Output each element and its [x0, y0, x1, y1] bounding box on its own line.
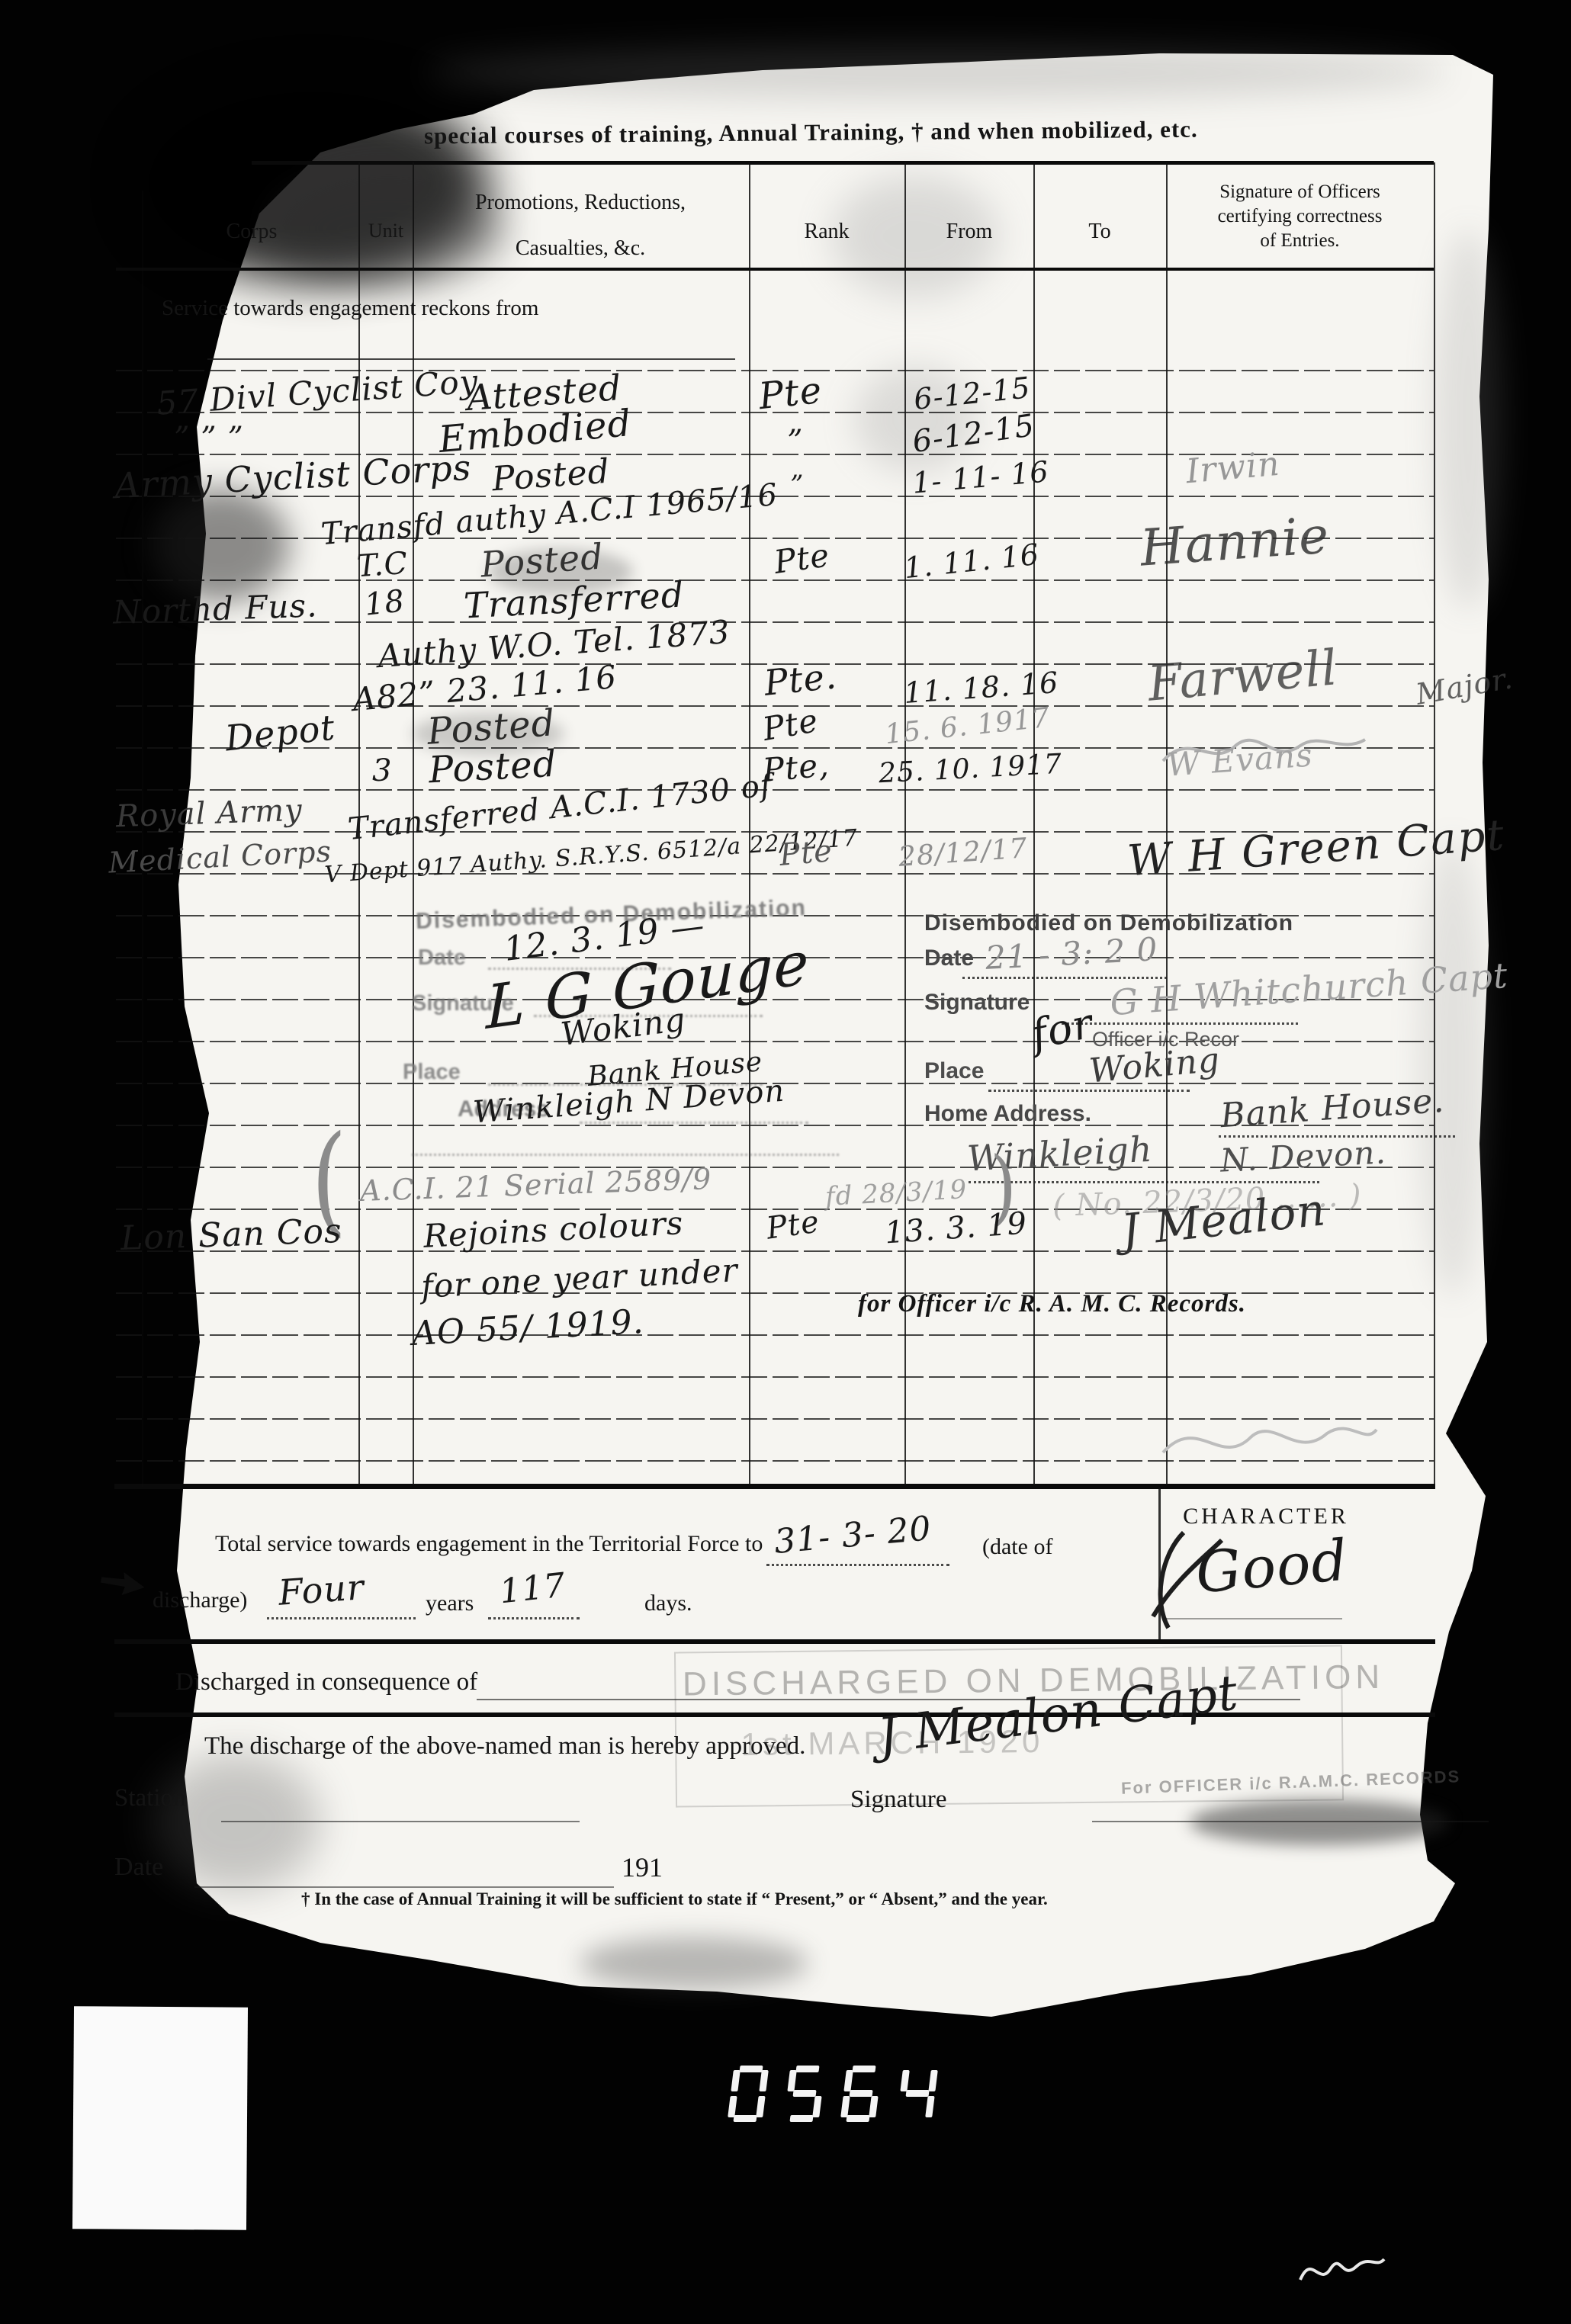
col-header-corps: Corps — [194, 220, 309, 244]
row-unit: 3 — [372, 753, 392, 788]
total-service-line: Total service towards engagement in the … — [215, 1531, 763, 1557]
ghost-stamp-place-label: Place — [403, 1060, 461, 1085]
row-signature: Irwin — [1184, 445, 1281, 492]
row-rank: Pte. — [762, 655, 838, 704]
divider-thick-1 — [114, 1639, 1435, 1644]
service-note-underline — [207, 358, 735, 360]
col-header-promotions-1: Promotions, Reductions, — [413, 191, 748, 215]
character-value: Good — [1194, 1527, 1351, 1606]
stamp-place-label: Place — [924, 1058, 984, 1084]
date-label: Date — [114, 1853, 163, 1882]
frame-serial-number — [731, 2066, 959, 2122]
col-header-signature-2: certifying correctness — [1166, 206, 1434, 227]
pen-squiggle-mark — [1296, 2245, 1388, 2299]
col-header-signature-3: of Entries. — [1166, 230, 1434, 252]
stamp-date-label: Date — [924, 945, 974, 971]
col-header-unit: Unit — [358, 220, 413, 242]
stamp-signature-label: Signature — [924, 990, 1030, 1016]
signature-label: Signature — [850, 1786, 946, 1814]
scanned-service-record: special courses of training, Annual Trai… — [0, 0, 1571, 2324]
col-header-to: To — [1033, 220, 1166, 244]
film-marker-rectangle — [72, 2006, 248, 2230]
col-header-rank: Rank — [749, 220, 904, 244]
faint-signature-scribble-2 — [1159, 1407, 1380, 1475]
row-rank: ” — [790, 470, 804, 500]
ghost-stamp-date-label: Date — [418, 945, 466, 971]
col-header-promotions-2: Casualties, &c. — [413, 236, 748, 261]
total-service-suffix: (date of — [982, 1534, 1052, 1560]
table-header-border — [116, 268, 1434, 271]
approved-line: The discharge of the above-named man is … — [204, 1732, 805, 1761]
rejoin-rank: Pte — [764, 1204, 821, 1246]
row-corps: Royal Army — [115, 793, 303, 835]
row-entry: Posted — [428, 743, 558, 792]
row-unit: T.C — [355, 546, 409, 585]
row-unit: 18 — [363, 583, 406, 622]
years-label: years — [426, 1591, 474, 1616]
service-note: Service towards engagement reckons from — [162, 296, 538, 321]
row-rank: ” — [787, 424, 803, 459]
days-value: 117 — [498, 1566, 568, 1612]
station-label: Station — [114, 1784, 186, 1812]
row-rank: Pte — [757, 369, 824, 418]
table-top-border — [252, 161, 1434, 165]
ramc-records-line: for Officer i/c R. A. M. C. Records. — [858, 1290, 1246, 1318]
row-corps: ” ” ” — [174, 421, 244, 456]
table-bottom-border — [114, 1484, 1435, 1489]
years-value: Four — [277, 1566, 365, 1613]
days-label: days. — [644, 1591, 692, 1616]
consequence-label: Discharged in consequence of — [175, 1668, 477, 1696]
row-rank: Pte — [778, 833, 834, 873]
row-entry: Posted — [490, 452, 611, 499]
row-entry: Posted — [479, 535, 605, 585]
date-year-prefix: 191 — [622, 1851, 663, 1883]
stamp-home-address-label: Home Address. — [924, 1101, 1091, 1127]
footnote: † In the case of Annual Training it will… — [301, 1889, 1048, 1909]
discharge-prefix: discharge) — [153, 1587, 247, 1613]
row-corps: Northd Fus. — [112, 586, 318, 631]
margin-pointer-mark — [99, 1568, 146, 1599]
col-header-signature-1: Signature of Officers — [1166, 181, 1434, 203]
row-rank: Pte — [772, 536, 832, 581]
col-header-from: From — [904, 220, 1034, 244]
rejoin-corps: Lon San Cos — [120, 1212, 342, 1258]
